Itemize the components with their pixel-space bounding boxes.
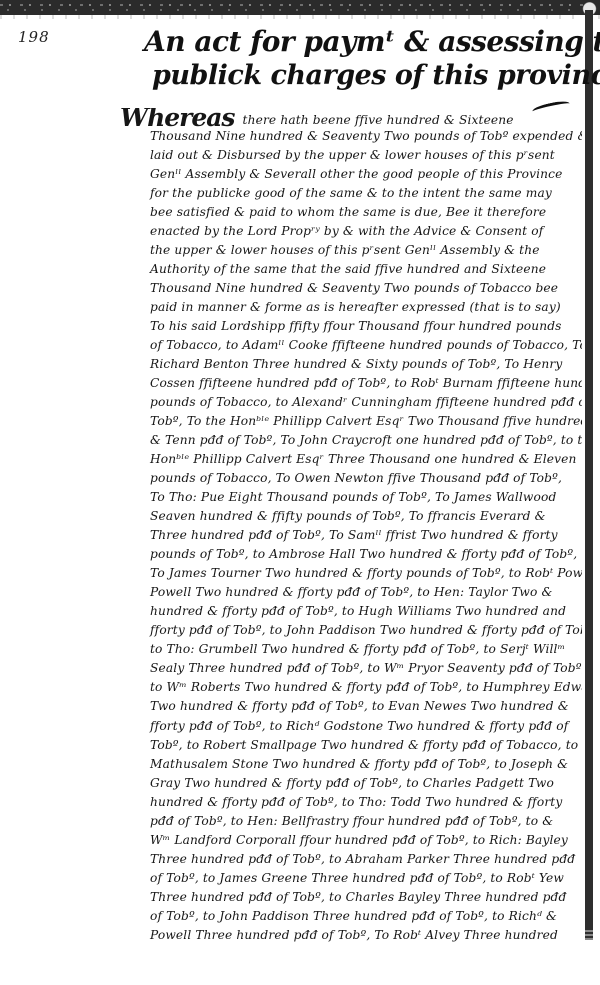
body-line: Thousand Nine hundred & Seaventy Two pou… (120, 127, 582, 146)
body-line: for the publicke good of the same & to t… (120, 184, 582, 203)
body-line: pđđ of Tobº, to Hen: Bellfrastry ffour h… (120, 812, 582, 831)
body-line: Three hundred pđđ of Tobº, To Samˡˡ ffri… (120, 526, 582, 545)
initial-word: Whereas (120, 108, 235, 127)
body-line: laid out & Disbursed by the upper & lowe… (120, 146, 582, 165)
body-line: Mathusalem Stone Two hundred & fforty pđ… (120, 755, 582, 774)
page-edge (0, 15, 600, 19)
scan-border-end (585, 930, 593, 940)
body-line: Richard Benton Three hundred & Sixty pou… (120, 355, 582, 374)
body-line: Tobº, To the Honᵇˡᵉ Phillipp Calvert Esq… (120, 412, 582, 431)
body-line: Powell Two hundred & fforty pđđ of Tobº,… (120, 583, 582, 602)
body-line: pounds of Tobacco, To Owen Newton ffive … (120, 469, 582, 488)
body-line: to Wᵐ Roberts Two hundred & fforty pđđ o… (120, 678, 582, 697)
act-title-line-1: An act for paymᵗ & assessing the (144, 25, 580, 59)
body-line: paid in manner & forme as is hereafter e… (120, 298, 582, 317)
body-line: Genˡˡ Assembly & Severall other the good… (120, 165, 582, 184)
body-line: Seaven hundred & ffifty pounds of Tobº, … (120, 507, 582, 526)
body-line: To James Tourner Two hundred & fforty po… (120, 564, 582, 583)
scan-top-border (0, 0, 600, 15)
scan-right-border (585, 10, 593, 938)
body-line: Gray Two hundred & fforty pđđ of Tobº, t… (120, 774, 582, 793)
body-line: enacted by the Lord Propʳʸ by & with the… (120, 222, 582, 241)
act-title-line-2: publick charges of this province (152, 59, 580, 93)
page-corner (565, 0, 600, 22)
body-line: of Tobº, to John Paddison Three hundred … (120, 907, 582, 926)
body-line: of Tobacco, to Adamˡˡ Cooke ffifteene hu… (120, 336, 582, 355)
body-line: Three hundred pđđ of Tobº, to Abraham Pa… (120, 850, 582, 869)
body-line: pounds of Tobº, to Ambrose Hall Two hund… (120, 545, 582, 564)
body-line: & Tenn pđđ of Tobº, To John Craycroft on… (120, 431, 582, 450)
body-line: Honᵇˡᵉ Phillipp Calvert Esqʳ Three Thous… (120, 450, 582, 469)
act-body: Whereas there hath beene ffive hundred &… (120, 108, 582, 945)
scan-noise (0, 4, 600, 6)
body-line: to Tho: Grumbell Two hundred & fforty pđ… (120, 640, 582, 659)
scan-noise (0, 9, 600, 11)
body-line: hundred & fforty pđđ of Tobº, to Hugh Wi… (120, 602, 582, 621)
body-line: fforty pđđ of Tobº, to John Paddison Two… (120, 621, 582, 640)
body-line: Tobº, to Robert Smallpage Two hundred & … (120, 736, 582, 755)
body-line: To Tho: Pue Eight Thousand pounds of Tob… (120, 488, 582, 507)
body-line: pounds of Tobacco, to Alexandʳ Cunningha… (120, 393, 582, 412)
body-line: Authority of the same that the said ffiv… (120, 260, 582, 279)
body-line: Powell Three hundred pđđ of Tobº, To Rob… (120, 926, 582, 945)
body-line-text: there hath beene ffive hundred & Sixteen… (243, 113, 514, 127)
body-line: hundred & fforty pđđ of Tobº, to Tho: To… (120, 793, 582, 812)
body-line: fforty pđđ of Tobº, to Richᵈ Godstone Tw… (120, 717, 582, 736)
body-line: Wᵐ Landford Corporall ffour hundred pđđ … (120, 831, 582, 850)
body-line: of Tobº, to James Greene Three hundred p… (120, 869, 582, 888)
body-line: Two hundred & fforty pđđ of Tobº, to Eva… (120, 697, 582, 716)
folio-number: 198 (18, 28, 50, 46)
act-title: An act for paymᵗ & assessing the publick… (140, 25, 580, 93)
body-line: bee satisfied & paid to whom the same is… (120, 203, 582, 222)
manuscript-page: 198 An act for paymᵗ & assessing the pub… (0, 0, 600, 985)
body-line: Sealy Three hundred pđđ of Tobº, to Wᵐ P… (120, 659, 582, 678)
body-line: the upper & lower houses of this pʳsent … (120, 241, 582, 260)
body-line: To his said Lordshipp ffifty ffour Thous… (120, 317, 582, 336)
body-line: Thousand Nine hundred & Seaventy Two pou… (120, 279, 582, 298)
body-line: Cossen ffifteene hundred pđđ of Tobº, to… (120, 374, 582, 393)
body-line: Three hundred pđđ of Tobº, to Charles Ba… (120, 888, 582, 907)
body-line: Whereas there hath beene ffive hundred &… (120, 108, 582, 127)
